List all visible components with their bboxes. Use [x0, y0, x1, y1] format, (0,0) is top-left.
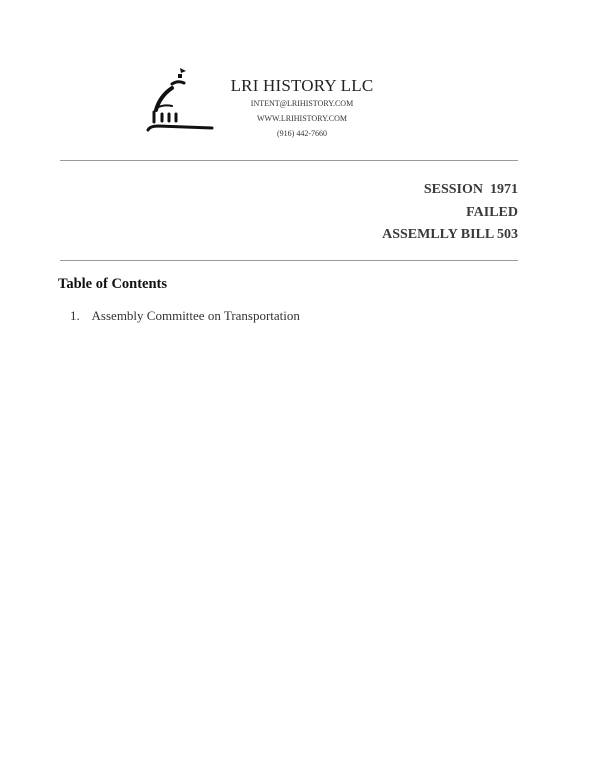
- toc-item-number: 1.: [70, 308, 89, 324]
- bill-status: FAILED: [382, 202, 518, 225]
- bill-status-block: SESSION 1971 FAILED ASSEMLLY BILL 503: [382, 179, 518, 247]
- top-divider: [60, 160, 518, 161]
- bottom-divider: [60, 260, 518, 261]
- company-name: LRI HISTORY LLC: [222, 76, 382, 96]
- company-email: INTENT@LRIHISTORY.COM: [222, 96, 382, 111]
- company-website: WWW.LRIHISTORY.COM: [222, 111, 382, 126]
- session-label: SESSION 1971: [382, 179, 518, 202]
- toc-title: Table of Contents: [58, 276, 167, 293]
- company-phone: (916) 442-7660: [222, 126, 382, 141]
- bill-name: ASSEMLLY BILL 503: [382, 224, 518, 247]
- toc-item-label: Assembly Committee on Transportation: [92, 308, 300, 323]
- capitol-dome-icon: [142, 62, 218, 138]
- toc-item[interactable]: 1. Assembly Committee on Transportation: [70, 308, 300, 324]
- company-info: LRI HISTORY LLC INTENT@LRIHISTORY.COM WW…: [222, 76, 382, 141]
- toc-list: 1. Assembly Committee on Transportation: [70, 308, 300, 324]
